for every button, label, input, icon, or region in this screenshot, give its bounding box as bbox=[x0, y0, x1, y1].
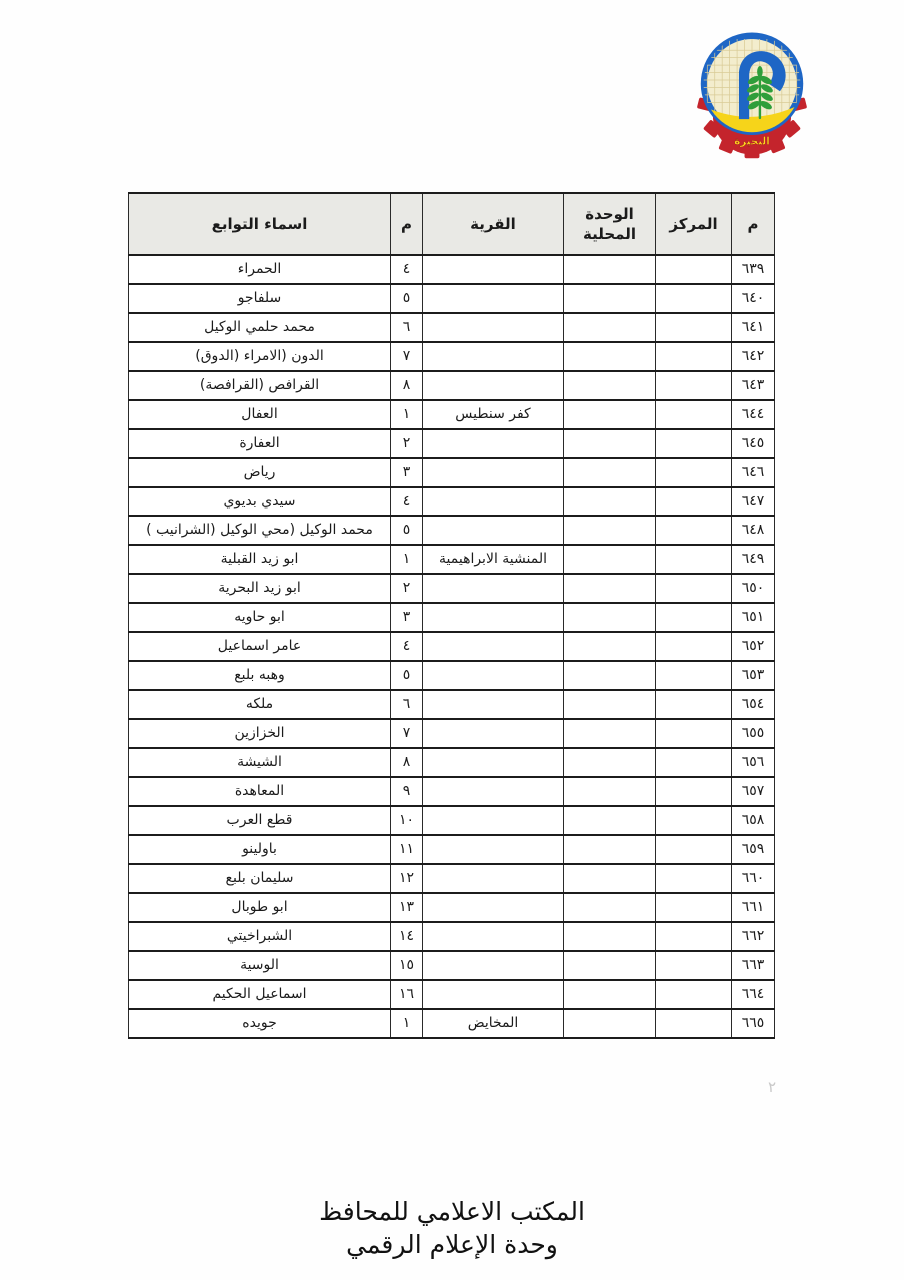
cell-local-unit bbox=[564, 777, 656, 806]
cell-local-unit bbox=[564, 661, 656, 690]
table-row: ٦٥٨ ١٠ قطع العرب bbox=[129, 806, 775, 835]
cell-serial: ٦٦٥ bbox=[732, 1009, 775, 1038]
cell-serial: ٦٥٦ bbox=[732, 748, 775, 777]
faint-page-mark: ٢ bbox=[768, 1078, 776, 1096]
cell-village: المخايض bbox=[423, 1009, 564, 1038]
cell-subnum: ١ bbox=[391, 545, 423, 574]
cell-village bbox=[423, 371, 564, 400]
cell-village bbox=[423, 893, 564, 922]
cell-serial: ٦٥٠ bbox=[732, 574, 775, 603]
table-row: ٦٤١ ٦ محمد حلمي الوكيل bbox=[129, 313, 775, 342]
cell-subnum: ٣ bbox=[391, 603, 423, 632]
cell-serial: ٦٥٤ bbox=[732, 690, 775, 719]
cell-subsidiary-name: عامر اسماعيل bbox=[129, 632, 391, 661]
document-page: البحيرة م المركز الوحدة المحلية القرية م bbox=[0, 0, 904, 1280]
cell-village bbox=[423, 835, 564, 864]
cell-local-unit bbox=[564, 429, 656, 458]
cell-subsidiary-name: باولينو bbox=[129, 835, 391, 864]
cell-local-unit bbox=[564, 951, 656, 980]
cell-subnum: ٤ bbox=[391, 487, 423, 516]
cell-markaz bbox=[656, 719, 732, 748]
cell-subnum: ٨ bbox=[391, 371, 423, 400]
cell-village bbox=[423, 487, 564, 516]
cell-serial: ٦٥٩ bbox=[732, 835, 775, 864]
cell-local-unit bbox=[564, 342, 656, 371]
cell-subsidiary-name: سيدي بديوي bbox=[129, 487, 391, 516]
cell-serial: ٦٥١ bbox=[732, 603, 775, 632]
cell-subnum: ٥ bbox=[391, 284, 423, 313]
cell-subnum: ٦ bbox=[391, 313, 423, 342]
header-local-unit: الوحدة المحلية bbox=[564, 193, 656, 255]
cell-local-unit bbox=[564, 980, 656, 1009]
governorate-name-label: البحيرة bbox=[734, 135, 770, 147]
cell-local-unit bbox=[564, 545, 656, 574]
cell-subnum: ٥ bbox=[391, 516, 423, 545]
cell-subnum: ٥ bbox=[391, 661, 423, 690]
cell-village: المنشية الابراهيمية bbox=[423, 545, 564, 574]
header-serial: م bbox=[732, 193, 775, 255]
table-row: ٦٤٢ ٧ الدون (الامراء (الدوق) bbox=[129, 342, 775, 371]
cell-subsidiary-name: وهبه بلبع bbox=[129, 661, 391, 690]
table-row: ٦٥٢ ٤ عامر اسماعيل bbox=[129, 632, 775, 661]
cell-subsidiary-name: محمد حلمي الوكيل bbox=[129, 313, 391, 342]
cell-subsidiary-name: ابو طوبال bbox=[129, 893, 391, 922]
cell-subsidiary-name: ابو حاويه bbox=[129, 603, 391, 632]
cell-serial: ٦٤٣ bbox=[732, 371, 775, 400]
table-row: ٦٦١ ١٣ ابو طوبال bbox=[129, 893, 775, 922]
cell-markaz bbox=[656, 1009, 732, 1038]
cell-serial: ٦٤٥ bbox=[732, 429, 775, 458]
cell-subsidiary-name: سلفاجو bbox=[129, 284, 391, 313]
cell-subnum: ٧ bbox=[391, 342, 423, 371]
cell-village bbox=[423, 313, 564, 342]
page-footer: المكتب الاعلامي للمحافظ وحدة الإعلام الر… bbox=[0, 1196, 904, 1261]
cell-local-unit bbox=[564, 458, 656, 487]
cell-local-unit bbox=[564, 400, 656, 429]
cell-subsidiary-name: رياض bbox=[129, 458, 391, 487]
cell-subnum: ١٤ bbox=[391, 922, 423, 951]
table-row: ٦٤٩ المنشية الابراهيمية ١ ابو زيد القبلي… bbox=[129, 545, 775, 574]
cell-local-unit bbox=[564, 313, 656, 342]
cell-subsidiary-name: سليمان بلبع bbox=[129, 864, 391, 893]
cell-village bbox=[423, 980, 564, 1009]
table-row: ٦٥٠ ٢ ابو زيد البحرية bbox=[129, 574, 775, 603]
cell-village bbox=[423, 951, 564, 980]
cell-subnum: ٨ bbox=[391, 748, 423, 777]
cell-serial: ٦٦٠ bbox=[732, 864, 775, 893]
cell-local-unit bbox=[564, 574, 656, 603]
cell-subnum: ١٠ bbox=[391, 806, 423, 835]
cell-markaz bbox=[656, 255, 732, 284]
cell-subnum: ١٦ bbox=[391, 980, 423, 1009]
cell-subsidiary-name: الوسية bbox=[129, 951, 391, 980]
cell-serial: ٦٦٣ bbox=[732, 951, 775, 980]
table-row: ٦٤٠ ٥ سلفاجو bbox=[129, 284, 775, 313]
table-row: ٦٥٦ ٨ الشيشة bbox=[129, 748, 775, 777]
table-row: ٦٥٩ ١١ باولينو bbox=[129, 835, 775, 864]
cell-village bbox=[423, 458, 564, 487]
cell-subsidiary-name: القرافص (القرافصة) bbox=[129, 371, 391, 400]
cell-markaz bbox=[656, 487, 732, 516]
cell-markaz bbox=[656, 835, 732, 864]
cell-village bbox=[423, 661, 564, 690]
cell-village bbox=[423, 255, 564, 284]
cell-subsidiary-name: الخزازين bbox=[129, 719, 391, 748]
cell-local-unit bbox=[564, 748, 656, 777]
cell-markaz bbox=[656, 516, 732, 545]
cell-village bbox=[423, 777, 564, 806]
cell-markaz bbox=[656, 632, 732, 661]
table-row: ٦٤٧ ٤ سيدي بديوي bbox=[129, 487, 775, 516]
cell-serial: ٦٤٨ bbox=[732, 516, 775, 545]
cell-local-unit bbox=[564, 516, 656, 545]
cell-subsidiary-name: ابو زيد البحرية bbox=[129, 574, 391, 603]
cell-village bbox=[423, 748, 564, 777]
villages-table: م المركز الوحدة المحلية القرية م اسماء ا… bbox=[128, 192, 775, 1039]
cell-subnum: ١٢ bbox=[391, 864, 423, 893]
cell-markaz bbox=[656, 661, 732, 690]
cell-local-unit bbox=[564, 864, 656, 893]
cell-markaz bbox=[656, 951, 732, 980]
cell-subsidiary-name: ابو زيد القبلية bbox=[129, 545, 391, 574]
cell-village bbox=[423, 516, 564, 545]
cell-markaz bbox=[656, 806, 732, 835]
cell-markaz bbox=[656, 400, 732, 429]
cell-serial: ٦٤٠ bbox=[732, 284, 775, 313]
beheira-governorate-logo: البحيرة bbox=[686, 26, 818, 162]
table-row: ٦٦٢ ١٤ الشبراخيتي bbox=[129, 922, 775, 951]
cell-local-unit bbox=[564, 487, 656, 516]
cell-subnum: ٩ bbox=[391, 777, 423, 806]
cell-local-unit bbox=[564, 371, 656, 400]
cell-serial: ٦٥٥ bbox=[732, 719, 775, 748]
cell-subnum: ١٣ bbox=[391, 893, 423, 922]
cell-markaz bbox=[656, 429, 732, 458]
cell-village bbox=[423, 284, 564, 313]
cell-village bbox=[423, 719, 564, 748]
table-header: م المركز الوحدة المحلية القرية م اسماء ا… bbox=[129, 193, 775, 255]
cell-markaz bbox=[656, 284, 732, 313]
cell-village bbox=[423, 806, 564, 835]
table-row: ٦٦٥ المخايض ١ جويده bbox=[129, 1009, 775, 1038]
cell-village bbox=[423, 342, 564, 371]
governorate-emblem-icon: البحيرة bbox=[686, 26, 818, 162]
cell-village bbox=[423, 632, 564, 661]
cell-serial: ٦٣٩ bbox=[732, 255, 775, 284]
header-village: القرية bbox=[423, 193, 564, 255]
cell-markaz bbox=[656, 458, 732, 487]
cell-markaz bbox=[656, 864, 732, 893]
cell-markaz bbox=[656, 777, 732, 806]
table-row: ٦٥٤ ٦ ملكه bbox=[129, 690, 775, 719]
cell-village bbox=[423, 429, 564, 458]
table-body: ٦٣٩ ٤ الحمراء ٦٤٠ ٥ سلفاجو ٦٤١ ٦ محمد حل… bbox=[129, 255, 775, 1038]
cell-subnum: ٣ bbox=[391, 458, 423, 487]
table-row: ٦٤٣ ٨ القرافص (القرافصة) bbox=[129, 371, 775, 400]
table-row: ٦٤٦ ٣ رياض bbox=[129, 458, 775, 487]
table-row: ٦٣٩ ٤ الحمراء bbox=[129, 255, 775, 284]
cell-serial: ٦٥٢ bbox=[732, 632, 775, 661]
cell-serial: ٦٥٧ bbox=[732, 777, 775, 806]
cell-serial: ٦٤١ bbox=[732, 313, 775, 342]
cell-subsidiary-name: العفارة bbox=[129, 429, 391, 458]
cell-markaz bbox=[656, 748, 732, 777]
cell-subnum: ٢ bbox=[391, 429, 423, 458]
cell-subsidiary-name: الشيشة bbox=[129, 748, 391, 777]
table-row: ٦٥١ ٣ ابو حاويه bbox=[129, 603, 775, 632]
cell-village bbox=[423, 574, 564, 603]
cell-village bbox=[423, 603, 564, 632]
cell-serial: ٦٥٨ bbox=[732, 806, 775, 835]
cell-serial: ٦٤٩ bbox=[732, 545, 775, 574]
header-subsidiary-names: اسماء التوابع bbox=[129, 193, 391, 255]
cell-local-unit bbox=[564, 255, 656, 284]
table-row: ٦٥٣ ٥ وهبه بلبع bbox=[129, 661, 775, 690]
table-row: ٦٤٥ ٢ العفارة bbox=[129, 429, 775, 458]
cell-subnum: ٢ bbox=[391, 574, 423, 603]
cell-serial: ٦٤٢ bbox=[732, 342, 775, 371]
cell-serial: ٦٦٢ bbox=[732, 922, 775, 951]
cell-subnum: ٧ bbox=[391, 719, 423, 748]
cell-serial: ٦٦١ bbox=[732, 893, 775, 922]
cell-local-unit bbox=[564, 806, 656, 835]
cell-local-unit bbox=[564, 835, 656, 864]
cell-local-unit bbox=[564, 284, 656, 313]
cell-village: كفر سنطيس bbox=[423, 400, 564, 429]
table-row: ٦٦٠ ١٢ سليمان بلبع bbox=[129, 864, 775, 893]
villages-table-wrap: م المركز الوحدة المحلية القرية م اسماء ا… bbox=[128, 192, 774, 1039]
cell-subsidiary-name: اسماعيل الحكيم bbox=[129, 980, 391, 1009]
cell-subsidiary-name: العفال bbox=[129, 400, 391, 429]
cell-local-unit bbox=[564, 690, 656, 719]
cell-markaz bbox=[656, 893, 732, 922]
cell-markaz bbox=[656, 545, 732, 574]
header-subnum: م bbox=[391, 193, 423, 255]
table-row: ٦٥٧ ٩ المعاهدة bbox=[129, 777, 775, 806]
cell-subnum: ٤ bbox=[391, 255, 423, 284]
table-row: ٦٤٨ ٥ محمد الوكيل (محي الوكيل (الشرانيب … bbox=[129, 516, 775, 545]
cell-markaz bbox=[656, 980, 732, 1009]
cell-subnum: ١١ bbox=[391, 835, 423, 864]
cell-local-unit bbox=[564, 922, 656, 951]
cell-local-unit bbox=[564, 632, 656, 661]
cell-local-unit bbox=[564, 603, 656, 632]
cell-local-unit bbox=[564, 1009, 656, 1038]
footer-line-1: المكتب الاعلامي للمحافظ bbox=[0, 1196, 904, 1229]
cell-subnum: ٦ bbox=[391, 690, 423, 719]
cell-subsidiary-name: المعاهدة bbox=[129, 777, 391, 806]
cell-subsidiary-name: الحمراء bbox=[129, 255, 391, 284]
cell-markaz bbox=[656, 922, 732, 951]
cell-subnum: ١٥ bbox=[391, 951, 423, 980]
header-markaz: المركز bbox=[656, 193, 732, 255]
cell-serial: ٦٤٦ bbox=[732, 458, 775, 487]
cell-markaz bbox=[656, 313, 732, 342]
cell-village bbox=[423, 690, 564, 719]
cell-subsidiary-name: جويده bbox=[129, 1009, 391, 1038]
cell-serial: ٦٦٤ bbox=[732, 980, 775, 1009]
cell-serial: ٦٥٣ bbox=[732, 661, 775, 690]
cell-subnum: ١ bbox=[391, 1009, 423, 1038]
header-row: م المركز الوحدة المحلية القرية م اسماء ا… bbox=[129, 193, 775, 255]
cell-markaz bbox=[656, 371, 732, 400]
table-row: ٦٦٤ ١٦ اسماعيل الحكيم bbox=[129, 980, 775, 1009]
cell-serial: ٦٤٧ bbox=[732, 487, 775, 516]
cell-subsidiary-name: ملكه bbox=[129, 690, 391, 719]
table-row: ٦٤٤ كفر سنطيس ١ العفال bbox=[129, 400, 775, 429]
cell-markaz bbox=[656, 690, 732, 719]
cell-serial: ٦٤٤ bbox=[732, 400, 775, 429]
table-row: ٦٦٣ ١٥ الوسية bbox=[129, 951, 775, 980]
cell-markaz bbox=[656, 342, 732, 371]
cell-subsidiary-name: قطع العرب bbox=[129, 806, 391, 835]
cell-village bbox=[423, 864, 564, 893]
cell-local-unit bbox=[564, 893, 656, 922]
cell-subnum: ٤ bbox=[391, 632, 423, 661]
cell-subsidiary-name: محمد الوكيل (محي الوكيل (الشرانيب ) bbox=[129, 516, 391, 545]
cell-markaz bbox=[656, 574, 732, 603]
cell-subsidiary-name: الشبراخيتي bbox=[129, 922, 391, 951]
cell-village bbox=[423, 922, 564, 951]
cell-subnum: ١ bbox=[391, 400, 423, 429]
cell-markaz bbox=[656, 603, 732, 632]
footer-line-2: وحدة الإعلام الرقمي bbox=[0, 1229, 904, 1262]
cell-subsidiary-name: الدون (الامراء (الدوق) bbox=[129, 342, 391, 371]
cell-local-unit bbox=[564, 719, 656, 748]
table-row: ٦٥٥ ٧ الخزازين bbox=[129, 719, 775, 748]
